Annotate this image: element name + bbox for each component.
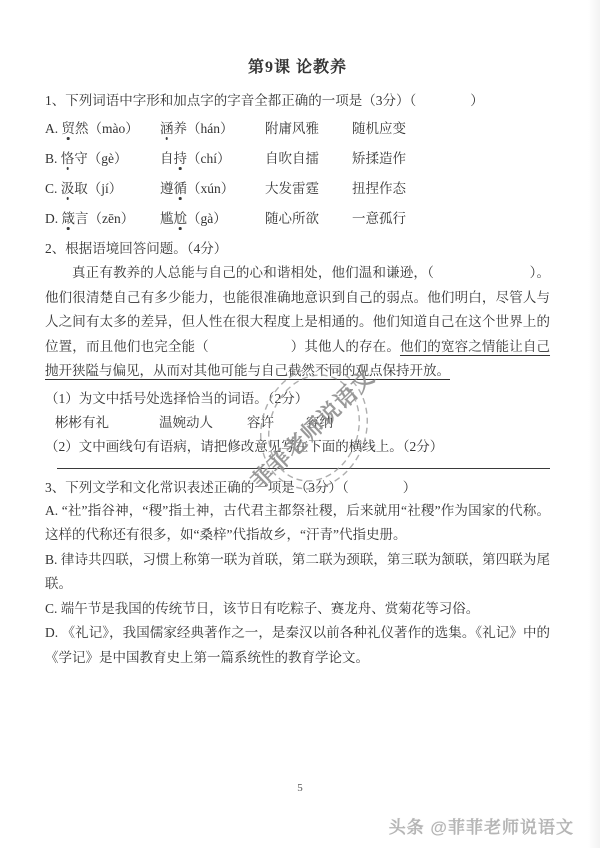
pinyin: （mào） — [89, 121, 139, 136]
q3-option-text: 律诗共四联，习惯上称第一联为首联，第二联为颈联，第三联为颔联，第四联为尾联。 — [45, 552, 550, 592]
q1-cell-word1: A. 贸然（mào） — [45, 117, 160, 137]
brand-watermark: 头条 @菲菲老师说语文 — [389, 813, 574, 838]
q3-option-label: D. — [45, 625, 62, 640]
q1-cell-word2: 遵循（xún） — [160, 177, 265, 197]
scan-edge-shadow — [588, 0, 600, 848]
char: 尴 — [160, 211, 174, 226]
q3-option-text: 端午节是我国的传统节日，该节日有吃粽子、赛龙舟、赏菊花等习俗。 — [61, 601, 480, 616]
q1-options: A. 贸然（mào）涵养（hán）附庸风雅随机应变B. 恪守（gè）自持（chí… — [45, 117, 550, 227]
word-bank: 彬彬有礼温婉动人容许容纳 — [45, 411, 550, 431]
page-number: 5 — [0, 782, 600, 794]
q1-word1: 贸然（mào） — [62, 121, 139, 136]
dotted-char: 尬 — [174, 211, 188, 226]
q3-option-text: 《礼记》，我国儒家经典著作之一，是秦汉以前各种礼仪著作的选集。《礼记》中的《学记… — [45, 625, 550, 665]
page-title: 第9课 论教养 — [45, 54, 550, 76]
page-content: 第9课 论教养 1、下列词语中字形和加点字的字音全都正确的一项是（3分）（ ） … — [0, 54, 600, 670]
q1-option-row: A. 贸然（mào）涵养（hán）附庸风雅随机应变 — [45, 117, 550, 137]
q3-option-label: A. — [45, 503, 62, 518]
word-bank-item: 容许 — [247, 411, 274, 431]
dotted-char: 持 — [174, 151, 188, 166]
q1-word1: 箴言（zēn） — [62, 211, 135, 226]
dotted-char: 循 — [174, 181, 188, 196]
q1-word2: 自持（chí） — [160, 151, 231, 166]
word-bank-item: 容纳 — [306, 411, 333, 431]
q1-option-row: C. 汲取（jí）遵循（xún）大发雷霆扭捏作态 — [45, 177, 550, 197]
q3-option: A. “社”指谷神，“稷”指土神，古代君主都祭社稷，后来就用“社稷”作为国家的代… — [45, 499, 550, 548]
q1-option-label: C. — [45, 181, 61, 196]
q3-option-text: “社”指谷神，“稷”指土神，古代君主都祭社稷，后来就用“社稷”作为国家的代称。这… — [45, 503, 550, 543]
pinyin: （jí） — [88, 181, 123, 196]
q1-cell-word1: B. 恪守（gè） — [45, 147, 160, 167]
q1-idiom2: 扭捏作态 — [352, 177, 550, 197]
q1-idiom2: 随机应变 — [352, 117, 550, 137]
q1-idiom2: 一意孤行 — [352, 207, 550, 227]
char: 养 — [174, 121, 188, 136]
document-page: 第9课 论教养 1、下列词语中字形和加点字的字音全都正确的一项是（3分）（ ） … — [0, 0, 600, 848]
char: 守 — [74, 151, 88, 166]
q3-option: D. 《礼记》，我国儒家经典著作之一，是秦汉以前各种礼仪著作的选集。《礼记》中的… — [45, 621, 550, 670]
q1-idiom1: 大发雷霆 — [265, 177, 352, 197]
char: 然 — [75, 121, 89, 136]
pinyin: （hán） — [187, 121, 234, 136]
answer-line — [57, 468, 550, 469]
q1-cell-word1: C. 汲取（jí） — [45, 177, 160, 197]
q2-sub2: （2）文中画线句有语病，请把修改意见写在下面的横线上。（2分） — [45, 435, 550, 455]
char: 自 — [160, 151, 174, 166]
q1-cell-word2: 自持（chí） — [160, 147, 265, 167]
q3-options: A. “社”指谷神，“稷”指土神，古代君主都祭社稷，后来就用“社稷”作为国家的代… — [45, 499, 550, 671]
pinyin: （chí） — [187, 151, 231, 166]
q1-idiom1: 随心所欲 — [265, 207, 352, 227]
q1-cell-word1: D. 箴言（zēn） — [45, 207, 160, 227]
pinyin: （zēn） — [89, 211, 135, 226]
q1-option-row: B. 恪守（gè）自持（chí）自吹自擂矫揉造作 — [45, 147, 550, 167]
q3-option-label: B. — [45, 552, 61, 567]
pinyin: （xún） — [187, 181, 234, 196]
q3-option-label: C. — [45, 601, 61, 616]
char: 取 — [74, 181, 88, 196]
q1-word2: 尴尬（gà） — [160, 211, 227, 226]
q1-word1: 汲取（jí） — [61, 181, 123, 196]
q3-option: B. 律诗共四联，习惯上称第一联为首联，第二联为颈联，第三联为颔联，第四联为尾联… — [45, 548, 550, 597]
word-bank-item: 彬彬有礼 — [55, 411, 109, 431]
q1-option-row: D. 箴言（zēn）尴尬（gà）随心所欲一意孤行 — [45, 207, 550, 227]
q1-cell-word2: 尴尬（gà） — [160, 207, 265, 227]
char: 遵 — [160, 181, 174, 196]
q1-idiom1: 附庸风雅 — [265, 117, 352, 137]
pinyin: （gè） — [88, 151, 128, 166]
q2-sub1: （1）为文中括号处选择恰当的词语。（2分） — [45, 387, 550, 407]
q1-cell-word2: 涵养（hán） — [160, 117, 265, 137]
q1-option-label: D. — [45, 211, 62, 226]
q2-stem: 2、根据语境回答问题。（4分） — [45, 237, 550, 257]
q1-word1: 恪守（gè） — [61, 151, 128, 166]
q1-idiom1: 自吹自擂 — [265, 147, 352, 167]
q1-option-label: B. — [45, 151, 61, 166]
q2-paragraph: 真正有教养的人总能与自己的心和谐相处，他们温和谦逊，（ ）。他们很清楚自己有多少… — [45, 261, 550, 384]
pinyin: （gà） — [187, 211, 227, 226]
dotted-char: 贸 — [62, 121, 76, 136]
q3-option: C. 端午节是我国的传统节日，该节日有吃粽子、赛龙舟、赏菊花等习俗。 — [45, 597, 550, 622]
char: 言 — [75, 211, 89, 226]
q1-stem: 1、下列词语中字形和加点字的字音全都正确的一项是（3分）（ ） — [45, 89, 550, 109]
dotted-char: 恪 — [61, 151, 75, 166]
q1-word2: 涵养（hán） — [160, 121, 234, 136]
dotted-char: 汲 — [61, 181, 75, 196]
dotted-char: 箴 — [62, 211, 76, 226]
q1-word2: 遵循（xún） — [160, 181, 234, 196]
q3-stem: 3、下列文学和文化常识表述正确的一项是（3分）（ ） — [45, 476, 550, 496]
dotted-char: 涵 — [160, 121, 174, 136]
q1-idiom2: 矫揉造作 — [352, 147, 550, 167]
word-bank-item: 温婉动人 — [159, 411, 213, 431]
q1-option-label: A. — [45, 121, 62, 136]
